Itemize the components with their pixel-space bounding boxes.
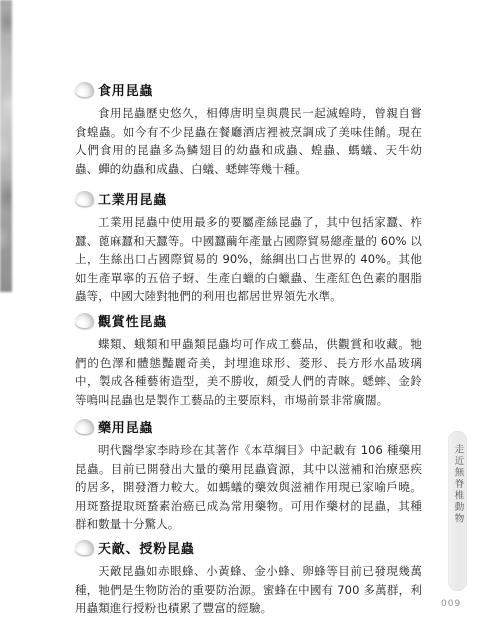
section-body: 工業用昆蟲中使用最多的要屬產絲昆蟲了，其中包括家蠶、柞蠶、蓖麻蠶和天蠶等。中國蠶… <box>75 213 422 306</box>
book-page: 食用昆蟲 食用昆蟲歷史悠久，相傳唐明皇與農民一起滅蝗時，曾親自嘗食蝗蟲。如今有不… <box>0 0 495 620</box>
chapter-side-tab: 走近無脊椎動物 <box>448 431 467 591</box>
sphere-bullet-icon <box>75 191 94 206</box>
sphere-bullet-icon <box>75 82 94 97</box>
section-body: 天敵昆蟲如赤眼蜂、小黃蜂、金小蜂、卵蜂等目前已發現幾萬種，牠們是生物防治的重要防… <box>75 562 422 618</box>
section-heading: 天敵、授粉昆蟲 <box>75 537 422 557</box>
left-edge-photo <box>0 0 12 292</box>
section-title: 天敵、授粉昆蟲 <box>98 538 195 557</box>
section-heading: 食用昆蟲 <box>75 79 422 99</box>
sphere-bullet-icon <box>75 540 94 555</box>
sphere-bullet-icon <box>75 313 94 328</box>
section-edible-insects: 食用昆蟲 食用昆蟲歷史悠久，相傳唐明皇與農民一起滅蝗時，曾親自嘗食蝗蟲。如今有不… <box>75 79 422 178</box>
section-title: 觀賞性昆蟲 <box>98 311 167 330</box>
section-industrial-insects: 工業用昆蟲 工業用昆蟲中使用最多的要屬產絲昆蟲了，其中包括家蠶、柞蠶、蓖麻蠶和天… <box>75 188 422 306</box>
section-title: 食用昆蟲 <box>98 80 153 99</box>
sphere-bullet-icon <box>75 419 94 434</box>
section-ornamental-insects: 觀賞性昆蟲 蝶類、蛾類和甲蟲類昆蟲均可作成工藝品，供觀賞和收藏。牠們的色澤和體態… <box>75 310 422 409</box>
section-heading: 工業用昆蟲 <box>75 188 422 208</box>
chapter-title-vertical: 走近無脊椎動物 <box>451 444 465 525</box>
section-body: 食用昆蟲歷史悠久，相傳唐明皇與農民一起滅蝗時，曾親自嘗食蝗蟲。如今有不少昆蟲在餐… <box>75 104 422 178</box>
section-body: 蝶類、蛾類和甲蟲類昆蟲均可作成工藝品，供觀賞和收藏。牠們的色澤和體態豔麗奇美，封… <box>75 335 422 409</box>
section-medicinal-insects: 藥用昆蟲 明代醫學家李時珍在其著作《本草綱目》中記載有 106 種藥用昆蟲。目前… <box>75 416 422 534</box>
section-title: 工業用昆蟲 <box>98 189 167 208</box>
section-heading: 藥用昆蟲 <box>75 416 422 436</box>
section-body: 明代醫學家李時珍在其著作《本草綱目》中記載有 106 種藥用昆蟲。目前已開發出大… <box>75 441 422 534</box>
page-number: 009 <box>441 599 461 609</box>
section-title: 藥用昆蟲 <box>98 417 153 436</box>
section-natural-enemy-pollinator-insects: 天敵、授粉昆蟲 天敵昆蟲如赤眼蜂、小黃蜂、金小蜂、卵蜂等目前已發現幾萬種，牠們是… <box>75 537 422 618</box>
section-heading: 觀賞性昆蟲 <box>75 310 422 330</box>
